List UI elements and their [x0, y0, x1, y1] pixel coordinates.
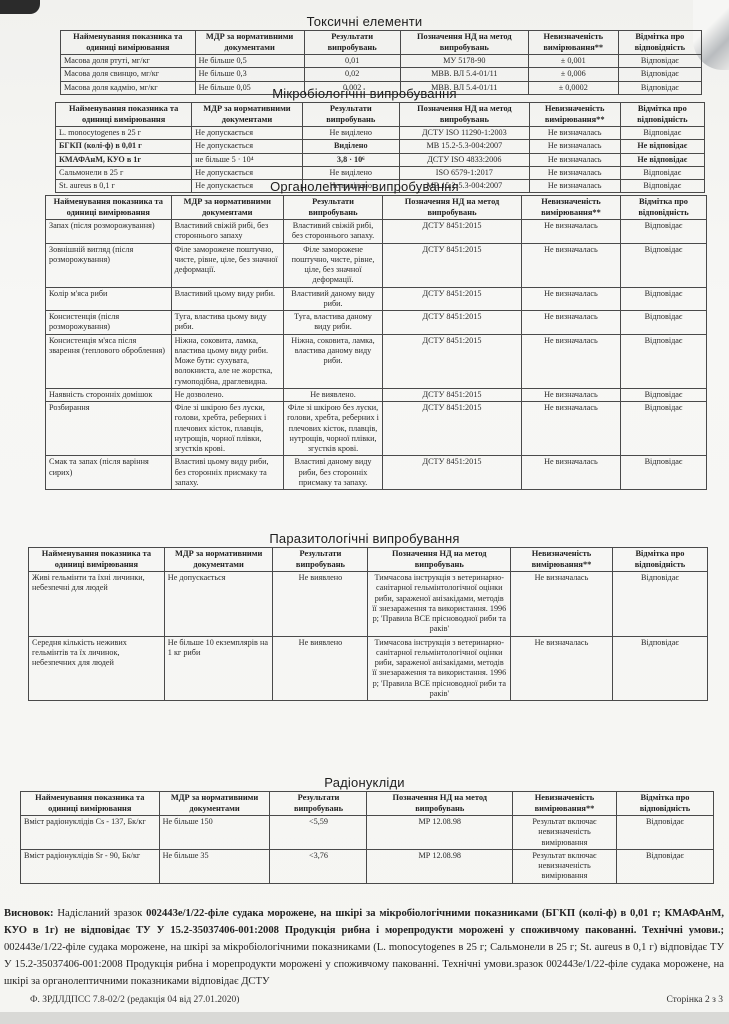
- cell-mdr: Не допускається: [192, 140, 302, 153]
- cell-result: Не виявлено.: [283, 388, 382, 401]
- column-header-method: Позначення НД на метод випробувань: [400, 31, 528, 55]
- cell-name: КМАФАнМ, КУО в 1г: [56, 153, 192, 166]
- cell-mdr: Властивий свіжій рибі, без стороннього з…: [171, 220, 283, 244]
- cell-result: 0,02: [304, 68, 400, 81]
- cell-name: Наявність сторонніх домішок: [46, 388, 172, 401]
- cell-result: Не виділено: [302, 127, 399, 140]
- cell-mdr: Не більше 0,3: [195, 68, 304, 81]
- cell-mark: Відповідає: [616, 816, 713, 850]
- column-header-method: Позначення НД на метод випробувань: [383, 196, 522, 220]
- cell-uncertainty: Не визначалась: [521, 334, 620, 388]
- cell-method: ДСТУ 8451:2015: [383, 334, 522, 388]
- column-header-mdr: МДР за нормативними документами: [159, 792, 270, 816]
- header-row: Найменування показника та одиниці вимірю…: [29, 548, 708, 572]
- cell-name: Розбирання: [46, 402, 172, 456]
- conclusion-conform: 002443е/1/22-філе судака морожене, на шк…: [4, 942, 724, 987]
- page-footer: Ф. ЗРДЛДПСС 7.8-02/2 (редакція 04 від 27…: [30, 995, 723, 1005]
- cell-method: ДСТУ 8451:2015: [383, 456, 522, 490]
- cell-uncertainty: Результат включає невизначеність вимірюв…: [513, 849, 617, 883]
- cell-method: МР 12.08.98: [367, 849, 513, 883]
- cell-uncertainty: ± 0,006: [528, 68, 618, 81]
- table-row: Смак та запах (після варіння сирих)Власт…: [46, 456, 707, 490]
- cell-result: <3,76: [270, 849, 367, 883]
- cell-mdr: Не дозволено.: [171, 388, 283, 401]
- header-row: Найменування показника та одиниці вимірю…: [46, 196, 707, 220]
- column-header-result: Результати випробувань: [302, 103, 399, 127]
- conclusion-intro: Надісланий зразок: [57, 908, 142, 919]
- cell-uncertainty: Не визначалась: [521, 243, 620, 287]
- cell-uncertainty: Не визначалась: [521, 220, 620, 244]
- cell-mdr: Не більше 150: [159, 816, 270, 850]
- table-row: Консистенція м'яса після зварення (тепло…: [46, 334, 707, 388]
- section-radio: Радіонукліди Найменування показника та о…: [0, 775, 729, 884]
- cell-mdr: не більше 5 · 10⁴: [192, 153, 302, 166]
- cell-result: Ніжна, соковита, ламка, властива даному …: [283, 334, 382, 388]
- cell-mark: Відповідає: [621, 388, 707, 401]
- cell-mdr: Не більше 0,5: [195, 55, 304, 68]
- table-row: Зовнішній вигляд (після розморожування)Ф…: [46, 243, 707, 287]
- column-header-mdr: МДР за нормативними документами: [192, 103, 302, 127]
- cell-mark: Відповідає: [620, 127, 704, 140]
- column-header-mark: Відмітка про відповідність: [618, 31, 701, 55]
- cell-uncertainty: Результат включає невизначеність вимірюв…: [513, 816, 617, 850]
- cell-mark: Не відповідає: [620, 140, 704, 153]
- form-code: Ф. ЗРДЛДПСС 7.8-02/2 (редакція 04 від 27…: [30, 995, 239, 1005]
- scan-shadow: [0, 0, 40, 14]
- column-header-mark: Відмітка про відповідність: [612, 548, 707, 572]
- header-row: Найменування показника та одиниці вимірю…: [21, 792, 714, 816]
- cell-name: Колір м'яса риби: [46, 287, 172, 311]
- table-row: Масова доля ртуті, мг/кгНе більше 0,50,0…: [61, 55, 702, 68]
- column-header-result: Результати випробувань: [304, 31, 400, 55]
- document-page: Токсичні елементи Найменування показника…: [0, 0, 729, 1012]
- cell-method: МР 12.08.98: [367, 816, 513, 850]
- table-row: БГКП (колі-ф) в 0,01 гНе допускаєтьсяВид…: [56, 140, 705, 153]
- cell-mark: Відповідає: [621, 220, 707, 244]
- cell-uncertainty: Не визначалась: [511, 636, 613, 701]
- cell-mdr: Не допускається: [192, 127, 302, 140]
- cell-name: БГКП (колі-ф) в 0,01 г: [56, 140, 192, 153]
- cell-result: Не виділено: [302, 166, 399, 179]
- cell-uncertainty: Не визначалась: [529, 153, 620, 166]
- cell-method: ДСТУ 8451:2015: [383, 311, 522, 335]
- cell-mdr: Не більше 35: [159, 849, 270, 883]
- cell-mark: Відповідає: [621, 311, 707, 335]
- table-row: Вміст радіонуклідів Cs - 137, Бк/кгНе бі…: [21, 816, 714, 850]
- cell-name: Живі гельмінти та їхні личинки, небезпеч…: [29, 572, 165, 637]
- cell-mark: Відповідає: [612, 572, 707, 637]
- table-row: Середня кількість неживих гельмінтів та …: [29, 636, 708, 701]
- column-header-mdr: МДР за нормативними документами: [164, 548, 273, 572]
- cell-result: Не виявлено: [273, 636, 368, 701]
- column-header-name: Найменування показника та одиниці вимірю…: [56, 103, 192, 127]
- section-organo: Органолептичні випробування Найменування…: [0, 179, 729, 490]
- cell-result: <5,59: [270, 816, 367, 850]
- cell-mdr: Властиві цьому виду риби, без сторонніх …: [171, 456, 283, 490]
- cell-mark: Відповідає: [621, 402, 707, 456]
- table-row: КМАФАнМ, КУО в 1гне більше 5 · 10⁴3,8 · …: [56, 153, 705, 166]
- column-header-uncertainty: Невизначеність вимірювання**: [529, 103, 620, 127]
- cell-method: ISO 6579-1:2017: [399, 166, 529, 179]
- cell-mark: Відповідає: [621, 243, 707, 287]
- cell-mdr: Філе зі шкірою без луски, голови, хребта…: [171, 402, 283, 456]
- cell-result: 3,8 · 10⁶: [302, 153, 399, 166]
- column-header-method: Позначення НД на метод випробувань: [367, 792, 513, 816]
- section-title: Органолептичні випробування: [0, 179, 729, 195]
- cell-mark: Відповідає: [621, 287, 707, 311]
- cell-name: Консистенція м'яса після зварення (тепло…: [46, 334, 172, 388]
- column-header-result: Результати випробувань: [273, 548, 368, 572]
- table-row: Масова доля свинцю, мг/кгНе більше 0,30,…: [61, 68, 702, 81]
- cell-method: ДСТУ 8451:2015: [383, 243, 522, 287]
- column-header-name: Найменування показника та одиниці вимірю…: [21, 792, 160, 816]
- section-title: Токсичні елементи: [0, 14, 729, 30]
- cell-name: Вміст радіонуклідів Sr - 90, Бк/кг: [21, 849, 160, 883]
- cell-mark: Відповідає: [621, 334, 707, 388]
- cell-result: Не виявлено: [273, 572, 368, 637]
- column-header-mdr: МДР за нормативними документами: [195, 31, 304, 55]
- table-row: Наявність сторонніх домішокНе дозволено.…: [46, 388, 707, 401]
- cell-mark: Відповідає: [620, 166, 704, 179]
- cell-name: Середня кількість неживих гельмінтів та …: [29, 636, 165, 701]
- cell-mark: Не відповідає: [620, 153, 704, 166]
- cell-mark: Відповідає: [616, 849, 713, 883]
- cell-method: МУ 5178-90: [400, 55, 528, 68]
- cell-method: ДСТУ ISO 11290-1:2003: [399, 127, 529, 140]
- cell-method: ДСТУ 8451:2015: [383, 402, 522, 456]
- cell-result: Властивий свіжій рибі, без стороннього з…: [283, 220, 382, 244]
- column-header-uncertainty: Невизначеність вимірювання**: [528, 31, 618, 55]
- cell-method: Тимчасова інструкція з ветеринарно-саніт…: [368, 636, 511, 701]
- column-header-mark: Відмітка про відповідність: [616, 792, 713, 816]
- cell-result: Властиві даному виду риби, без сторонніх…: [283, 456, 382, 490]
- cell-method: МВВ. ВЛ 5.4-01/11: [400, 68, 528, 81]
- cell-name: Вміст радіонуклідів Cs - 137, Бк/кг: [21, 816, 160, 850]
- cell-mdr: Не допускається: [164, 572, 273, 637]
- conclusion-label: Висновок:: [4, 908, 54, 919]
- section-title: Паразитологічні випробування: [0, 531, 729, 547]
- header-row: Найменування показника та одиниці вимірю…: [61, 31, 702, 55]
- cell-uncertainty: Не визначалась: [521, 456, 620, 490]
- organo-table: Найменування показника та одиниці вимірю…: [45, 195, 707, 490]
- cell-result: Туга, властива даному виду риби.: [283, 311, 382, 335]
- column-header-result: Результати випробувань: [270, 792, 367, 816]
- cell-mdr: Філе заморожене поштучно, чисте, рівне, …: [171, 243, 283, 287]
- cell-uncertainty: Не визначалась: [529, 166, 620, 179]
- column-header-mark: Відмітка про відповідність: [620, 103, 704, 127]
- section-title: Радіонукліди: [0, 775, 729, 791]
- column-header-uncertainty: Невизначеність вимірювання**: [521, 196, 620, 220]
- table-row: Сальмонели в 25 гНе допускаєтьсяНе виділ…: [56, 166, 705, 179]
- table-row: L. monocytogenes в 25 гНе допускаєтьсяНе…: [56, 127, 705, 140]
- cell-method: Тимчасова інструкція з ветеринарно-саніт…: [368, 572, 511, 637]
- cell-name: L. monocytogenes в 25 г: [56, 127, 192, 140]
- cell-uncertainty: ± 0,001: [528, 55, 618, 68]
- cell-uncertainty: Не визначалась: [521, 402, 620, 456]
- cell-mdr: Ніжна, соковита, ламка, властива цьому в…: [171, 334, 283, 388]
- table-row: Колір м'яса рибиВластивий цьому виду риб…: [46, 287, 707, 311]
- cell-method: ДСТУ 8451:2015: [383, 287, 522, 311]
- cell-method: ДСТУ ISO 4833:2006: [399, 153, 529, 166]
- table-row: Запах (після розморожування)Властивий св…: [46, 220, 707, 244]
- cell-result: Властивий даному виду риби.: [283, 287, 382, 311]
- cell-mark: Відповідає: [621, 456, 707, 490]
- column-header-uncertainty: Невизначеність вимірювання**: [513, 792, 617, 816]
- column-header-name: Найменування показника та одиниці вимірю…: [46, 196, 172, 220]
- cell-method: МВ 15.2-5.3-004:2007: [399, 140, 529, 153]
- page-number: Сторінка 2 з 3: [666, 995, 723, 1005]
- section-title: Мікробіологічні випробування: [0, 86, 729, 102]
- cell-uncertainty: Не визначалась: [521, 287, 620, 311]
- cell-name: Запах (після розморожування): [46, 220, 172, 244]
- cell-mark: Відповідає: [618, 68, 701, 81]
- table-row: РозбиранняФіле зі шкірою без луски, голо…: [46, 402, 707, 456]
- cell-mdr: Не допускається: [192, 166, 302, 179]
- cell-uncertainty: Не визначалась: [521, 388, 620, 401]
- cell-result: Виділено: [302, 140, 399, 153]
- parasit-table: Найменування показника та одиниці вимірю…: [28, 547, 708, 701]
- table-row: Вміст радіонуклідів Sr - 90, Бк/кгНе біл…: [21, 849, 714, 883]
- cell-name: Зовнішній вигляд (після розморожування): [46, 243, 172, 287]
- column-header-method: Позначення НД на метод випробувань: [399, 103, 529, 127]
- cell-mdr: Не більше 10 екземплярів на 1 кг риби: [164, 636, 273, 701]
- section-parasit: Паразитологічні випробування Найменуванн…: [0, 531, 729, 701]
- cell-result: 0,01: [304, 55, 400, 68]
- conclusion-paragraph: Висновок: Надісланий зразок 002443е/1/22…: [4, 905, 724, 990]
- cell-method: ДСТУ 8451:2015: [383, 220, 522, 244]
- column-header-mark: Відмітка про відповідність: [621, 196, 707, 220]
- cell-uncertainty: Не визначалась: [511, 572, 613, 637]
- cell-uncertainty: Не визначалась: [529, 140, 620, 153]
- column-header-uncertainty: Невизначеність вимірювання**: [511, 548, 613, 572]
- cell-uncertainty: Не визначалась: [529, 127, 620, 140]
- cell-mdr: Туга, властива цьому виду риби.: [171, 311, 283, 335]
- cell-method: ДСТУ 8451:2015: [383, 388, 522, 401]
- table-row: Живі гельмінти та їхні личинки, небезпеч…: [29, 572, 708, 637]
- cell-mark: Відповідає: [612, 636, 707, 701]
- column-header-name: Найменування показника та одиниці вимірю…: [29, 548, 165, 572]
- header-row: Найменування показника та одиниці вимірю…: [56, 103, 705, 127]
- section-micro: Мікробіологічні випробування Найменуванн…: [0, 86, 729, 193]
- cell-mdr: Властивий цьому виду риби.: [171, 287, 283, 311]
- cell-result: Філе заморожене поштучно, чисте, рівне, …: [283, 243, 382, 287]
- cell-name: Консистенція (після розморожування): [46, 311, 172, 335]
- cell-result: Філе зі шкірою без луски, голови, хребта…: [283, 402, 382, 456]
- cell-name: Масова доля ртуті, мг/кг: [61, 55, 196, 68]
- radio-table: Найменування показника та одиниці вимірю…: [20, 791, 714, 884]
- cell-name: Сальмонели в 25 г: [56, 166, 192, 179]
- column-header-name: Найменування показника та одиниці вимірю…: [61, 31, 196, 55]
- column-header-mdr: МДР за нормативними документами: [171, 196, 283, 220]
- column-header-result: Результати випробувань: [283, 196, 382, 220]
- cell-name: Смак та запах (після варіння сирих): [46, 456, 172, 490]
- table-row: Консистенція (після розморожування)Туга,…: [46, 311, 707, 335]
- cell-mark: Відповідає: [618, 55, 701, 68]
- cell-uncertainty: Не визначалась: [521, 311, 620, 335]
- column-header-method: Позначення НД на метод випробувань: [368, 548, 511, 572]
- cell-name: Масова доля свинцю, мг/кг: [61, 68, 196, 81]
- section-toxic: Токсичні елементи Найменування показника…: [0, 14, 729, 95]
